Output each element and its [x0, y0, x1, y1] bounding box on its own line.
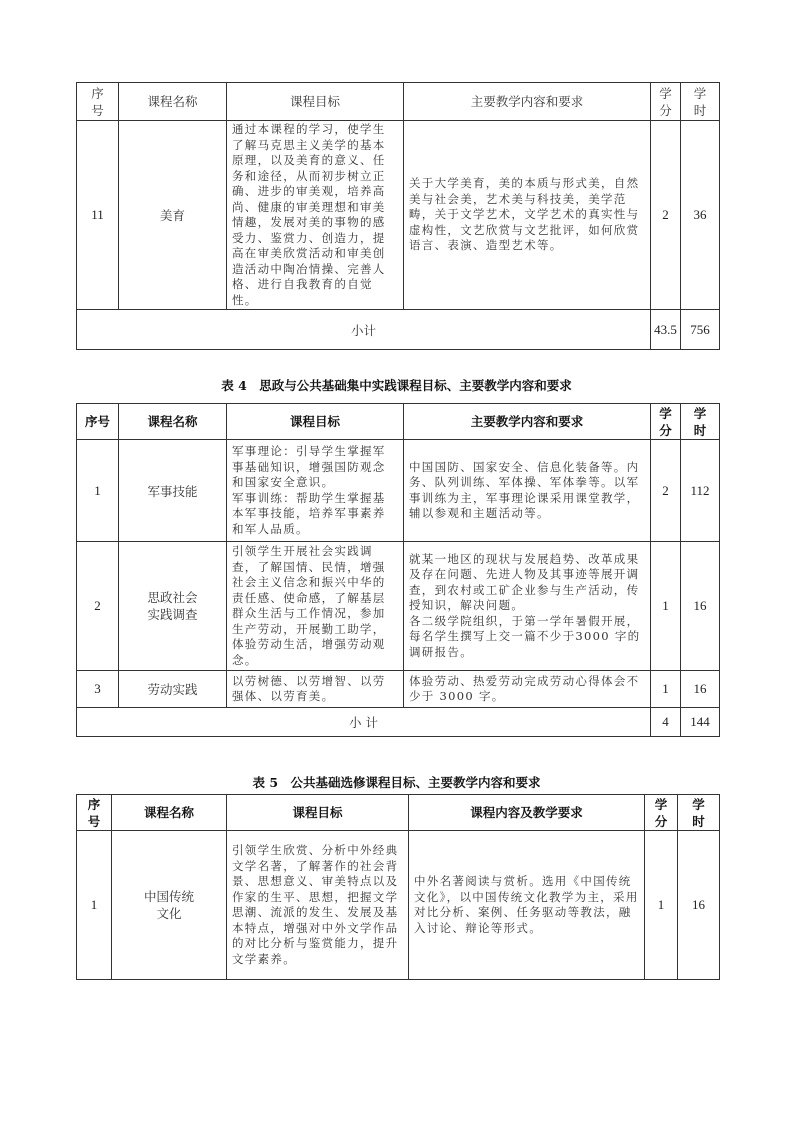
- table-5: 序号 课程名称 课程目标 课程内容及教学要求 学分 学时 1 中国传统文化 引领…: [76, 794, 720, 980]
- header-hours: 学时: [681, 83, 720, 121]
- subtotal-row: 小 计 4 144: [77, 708, 720, 737]
- row-credit: 1: [651, 671, 681, 708]
- row-hours: 36: [681, 121, 720, 310]
- header-seq: 序号: [77, 795, 112, 831]
- row-course-goal: 军事理论：引导学生掌握军事基础知识，增强国防观念和国家安全意识。 军事训练：帮助…: [227, 440, 404, 542]
- row-course-name: 劳动实践: [119, 671, 227, 708]
- table-row: 3 劳动实践 以劳树德、以劳增智、以劳强体、以劳育美。 体验劳动、热爱劳动完成劳…: [77, 671, 720, 708]
- row-seq: 1: [77, 831, 112, 980]
- row-seq: 3: [77, 671, 119, 708]
- table-header-row: 序号 课程名称 课程目标 主要教学内容和要求 学分 学时: [77, 404, 720, 440]
- header-course-name: 课程名称: [119, 83, 227, 121]
- row-seq: 2: [77, 542, 119, 671]
- row-content: 关于大学美育，美的本质与形式美，自然美与社会美，艺术美与科技美，美学范畴，关于文…: [404, 121, 651, 310]
- row-content: 中国国防、国家安全、信息化装备等。内务、队列训练、军体操、军体拳等。以军事训练为…: [404, 440, 651, 542]
- row-course-name: 军事技能: [119, 440, 227, 542]
- subtotal-credit: 43.5: [651, 310, 681, 350]
- row-course-name: 思政社会实践调查: [119, 542, 227, 671]
- header-content: 主要教学内容和要求: [404, 83, 651, 121]
- header-credit: 学分: [651, 83, 681, 121]
- row-content: 体验劳动、热爱劳动完成劳动心得体会不少于 3000 字。: [404, 671, 651, 708]
- table-header-row: 序号 课程名称 课程目标 课程内容及教学要求 学分 学时: [77, 795, 720, 831]
- table-row: 1 军事技能 军事理论：引导学生掌握军事基础知识，增强国防观念和国家安全意识。 …: [77, 440, 720, 542]
- content-survey: 就某一地区的现状与发展趋势、改革成果及存在问题、先进人物及其事迹等展开调查，到农…: [409, 552, 645, 614]
- header-content: 主要教学内容和要求: [404, 404, 651, 440]
- row-credit: 2: [651, 121, 681, 310]
- header-credit: 学分: [651, 404, 681, 440]
- row-hours: 16: [681, 542, 720, 671]
- table-header-row: 序号 课程名称 课程目标 主要教学内容和要求 学分 学时: [77, 83, 720, 121]
- subtotal-credit: 4: [651, 708, 681, 737]
- goal-theory: 军事理论：引导学生掌握军事基础知识，增强国防观念和国家安全意识。: [232, 444, 398, 491]
- table-3-continued: 序号 课程名称 课程目标 主要教学内容和要求 学分 学时 11 美育 通过本课程…: [76, 82, 720, 350]
- row-content: 中外名著阅读与赏析。选用《中国传统文化》，以中国传统文化教学为主，采用对比分析、…: [409, 831, 645, 980]
- subtotal-label: 小 计: [77, 708, 651, 737]
- table-row: 1 中国传统文化 引领学生欣赏、分析中外经典文学名著，了解著作的社会背景、思想意…: [77, 831, 720, 980]
- header-seq: 序号: [77, 83, 119, 121]
- subtotal-hours: 756: [681, 310, 720, 350]
- row-course-goal: 通过本课程的学习，使学生了解马克思主义美学的基本原理，以及美育的意义、任务和途径…: [227, 121, 404, 310]
- row-course-goal: 以劳树德、以劳增智、以劳强体、以劳育美。: [227, 671, 404, 708]
- row-course-goal: 引领学生开展社会实践调查，了解国情、民情，增强社会主义信念和振兴中华的责任感、使…: [227, 542, 404, 671]
- header-course-goal: 课程目标: [227, 795, 409, 831]
- subtotal-hours: 144: [681, 708, 720, 737]
- header-hours: 学时: [678, 795, 720, 831]
- row-hours: 16: [681, 671, 720, 708]
- header-hours: 学时: [681, 404, 720, 440]
- row-course-goal: 引领学生欣赏、分析中外经典文学名著，了解著作的社会背景、思想意义、审美特点以及作…: [227, 831, 409, 980]
- subtotal-label: 小计: [77, 310, 651, 350]
- row-course-name: 中国传统文化: [112, 831, 227, 980]
- header-course-name: 课程名称: [112, 795, 227, 831]
- table-row: 2 思政社会实践调查 引领学生开展社会实践调查，了解国情、民情，增强社会主义信念…: [77, 542, 720, 671]
- header-course-goal: 课程目标: [227, 404, 404, 440]
- row-content: 就某一地区的现状与发展趋势、改革成果及存在问题、先进人物及其事迹等展开调查，到农…: [404, 542, 651, 671]
- goal-training: 军事训练：帮助学生掌握基本军事技能，培养军事素养和军人品质。: [232, 491, 398, 538]
- row-hours: 112: [681, 440, 720, 542]
- row-course-name: 美育: [119, 121, 227, 310]
- table-4: 序号 课程名称 课程目标 主要教学内容和要求 学分 学时 1 军事技能 军事理论…: [76, 403, 720, 737]
- row-seq: 1: [77, 440, 119, 542]
- row-credit: 2: [651, 440, 681, 542]
- table-4-caption: 表 4 思政与公共基础集中实践课程目标、主要教学内容和要求: [0, 376, 793, 394]
- header-credit: 学分: [645, 795, 678, 831]
- table-row: 11 美育 通过本课程的学习，使学生了解马克思主义美学的基本原理，以及美育的意义…: [77, 121, 720, 310]
- row-seq: 11: [77, 121, 119, 310]
- header-course-goal: 课程目标: [227, 83, 404, 121]
- header-content: 课程内容及教学要求: [409, 795, 645, 831]
- row-credit: 1: [651, 542, 681, 671]
- header-seq: 序号: [77, 404, 119, 440]
- subtotal-row: 小计 43.5 756: [77, 310, 720, 350]
- header-course-name: 课程名称: [119, 404, 227, 440]
- content-report: 各二级学院组织，于第一学年暑假开展，每名学生撰写上交一篇不少于3000 字的调研…: [409, 614, 645, 661]
- row-hours: 16: [678, 831, 720, 980]
- row-credit: 1: [645, 831, 678, 980]
- table-5-caption: 表 5 公共基础选修课程目标、主要教学内容和要求: [0, 773, 793, 791]
